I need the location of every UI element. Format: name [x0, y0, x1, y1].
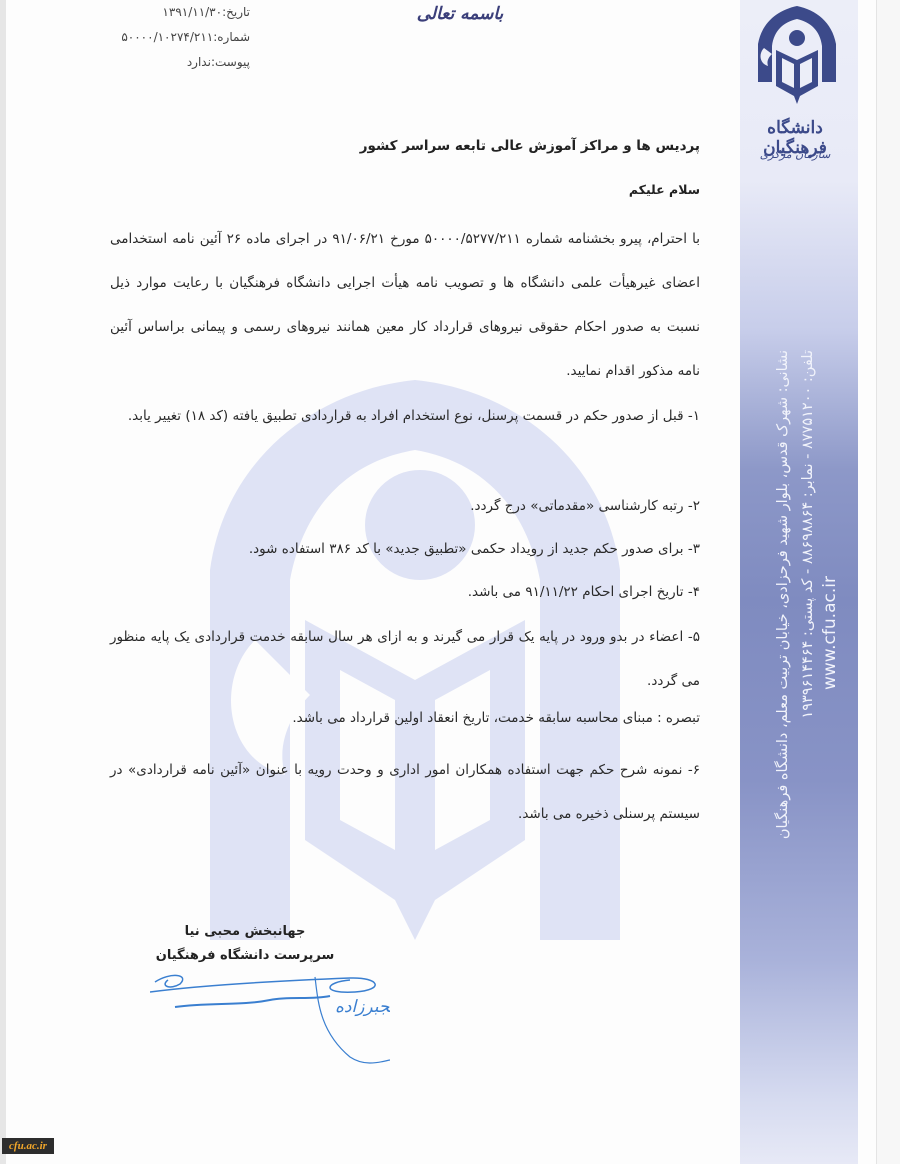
list-item: ۳- برای صدور حکم جدید از رویداد حکمی «تط…	[110, 527, 700, 571]
greeting-line: سلام علیکم	[629, 182, 700, 197]
sidebar-contact: تلفن: ۸۷۷۵۱۲۰۰ - نمابر: ۸۸۶۹۸۸۶۴ - کد پس…	[800, 350, 816, 900]
note-line: تبصره : مبنای محاسبه سابقه خدمت، تاریخ ا…	[292, 710, 700, 726]
letter-meta: تاریخ:۱۳۹۱/۱۱/۳۰ شماره:۵۰۰۰۰/۱۰۲۷۴/۲۱۱ پ…	[100, 0, 250, 75]
signature-block: جهانبخش محبی نیا سرپرست دانشگاه فرهنگیان	[150, 924, 340, 963]
scan-left-edge	[0, 0, 6, 1164]
university-logo-icon	[750, 4, 845, 109]
signatory-name: جهانبخش محبی نیا	[150, 924, 340, 948]
sidebar-address: نشانی: شهرک قدس، بلوار شهید فرحزادی، خیا…	[775, 350, 791, 900]
recipient-line: پردیس ها و مراکز آموزش عالی تابعه سراسر …	[360, 138, 700, 154]
logo-subtitle: سازمان مرکزی	[745, 148, 845, 161]
intro-paragraph: با احترام، پیرو بخشنامه شماره ۵۰۰۰۰/۵۲۷۷…	[110, 217, 700, 393]
letter-number: شماره:۵۰۰۰۰/۱۰۲۷۴/۲۱۱	[100, 25, 250, 50]
letterhead-side-stripe	[740, 0, 858, 1164]
list-item: ۶- نمونه شرح حکم جهت استفاده همکاران امو…	[110, 748, 700, 836]
sidebar-website-link[interactable]: www.cfu.ac.ir	[820, 570, 840, 690]
handwritten-signature-icon: از طرف اکبر رنجبرزاده	[150, 962, 390, 1072]
list-item: ۴- تاریخ اجرای احکام ۹۱/۱۱/۲۲ می باشد.	[110, 570, 700, 614]
svg-text:از طرف اکبر رنجبرزاده: از طرف اکبر رنجبرزاده	[335, 997, 390, 1017]
letter-date: تاریخ:۱۳۹۱/۱۱/۳۰	[100, 0, 250, 25]
watermark-badge: cfu.ac.ir	[2, 1138, 54, 1154]
bismillah-heading: باسمه تعالی	[400, 4, 520, 24]
signatory-title: سرپرست دانشگاه فرهنگیان	[150, 948, 340, 963]
letter-attachment: پیوست:ندارد	[100, 50, 250, 75]
scan-right-edge	[876, 0, 900, 1164]
list-item: ۵- اعضاء در بدو ورود در پایه یک قرار می …	[110, 615, 700, 703]
list-item: ۲- رتبه کارشناسی «مقدماتی» درج گردد.	[110, 484, 700, 528]
list-item: ۱- قبل از صدور حکم در قسمت پرسنل، نوع اس…	[110, 394, 700, 438]
